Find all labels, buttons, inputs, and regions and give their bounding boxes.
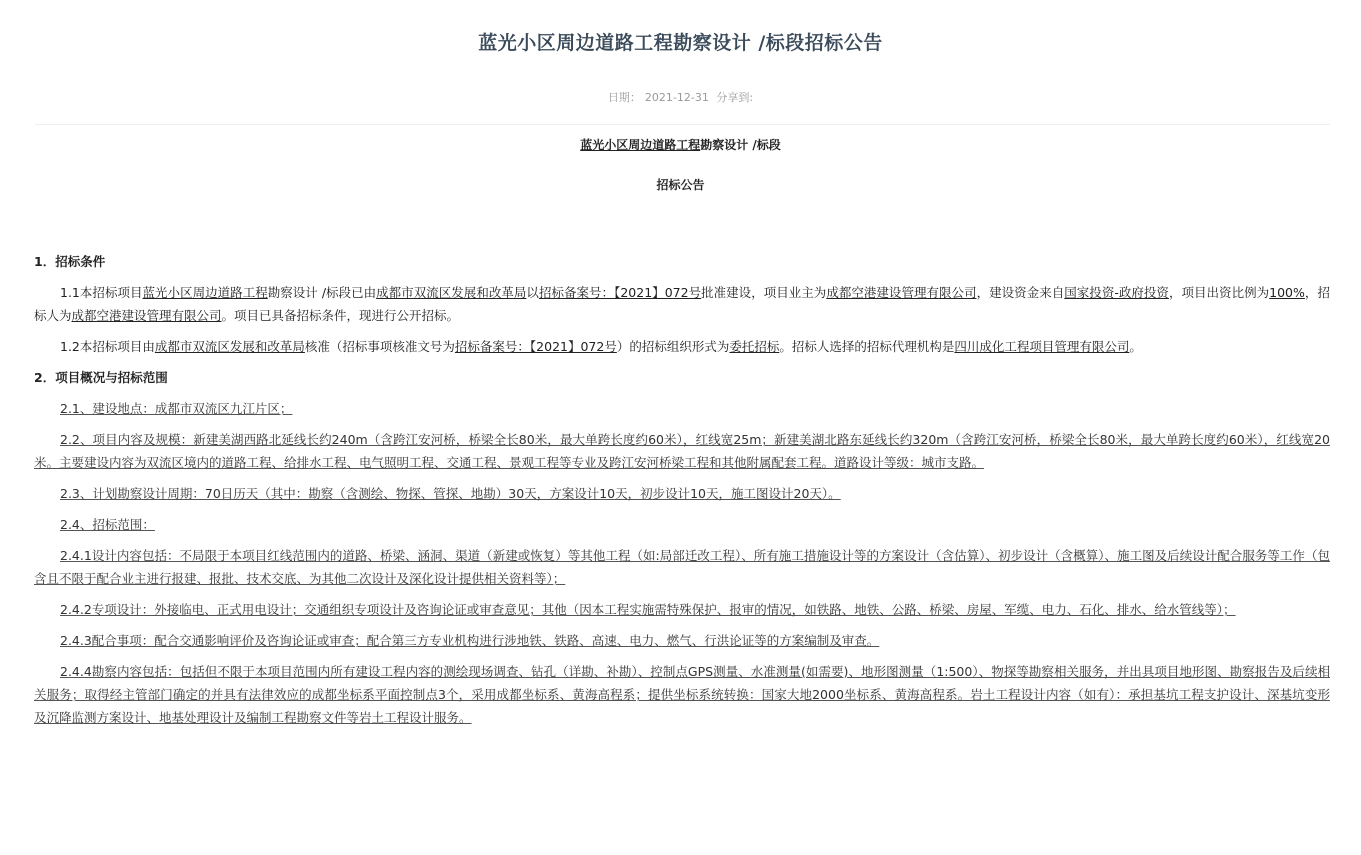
inline-text: ）的招标组织形式为	[617, 339, 730, 354]
document-heading: 招标公告	[0, 176, 1361, 193]
inline-link[interactable]: 成都市双流区发展和改革局	[376, 285, 526, 300]
inline-text: 1.1本招标项目	[60, 285, 143, 300]
paragraph-2-4-2: 2.4.2专项设计：外接临电、正式用电设计；交通组织专项设计及咨询论证或审查意见…	[34, 598, 1330, 621]
publish-date: 2021-12-31	[645, 91, 709, 104]
share-to-label: 分享到:	[716, 91, 753, 104]
section-heading-1: 1．招标条件	[34, 250, 1330, 273]
inline-text: ，建设资金来自	[977, 285, 1065, 300]
paragraph-1-2: 1.2本招标项目由成都市双流区发展和改革局核准（招标事项核准文号为招标备案号：【…	[34, 335, 1330, 358]
inline-text: 核准（招标事项核准文号为	[305, 339, 455, 354]
inline-link[interactable]: 成都市双流区发展和改革局	[155, 339, 305, 354]
paragraph-2-4-3: 2.4.3配合事项：配合交通影响评价及咨询论证或审查；配合第三方专业机构进行涉地…	[34, 629, 1330, 652]
inline-link[interactable]: 成都空港建设管理有限公司	[72, 308, 222, 323]
document-subtitle: 蓝光小区周边道路工程勘察设计 /标段	[0, 136, 1361, 153]
inline-text: 1.2本招标项目由	[60, 339, 155, 354]
inline-link[interactable]: 招标备案号：【2021】072号	[539, 285, 701, 300]
paragraph-2-1: 2.1、建设地点：成都市双流区九江片区；	[34, 397, 1330, 420]
inline-text: 。	[1129, 339, 1142, 354]
paragraph-1-1: 1.1本招标项目蓝光小区周边道路工程勘察设计 /标段已由成都市双流区发展和改革局…	[34, 281, 1330, 327]
inline-link[interactable]: 招标备案号：【2021】072号	[455, 339, 617, 354]
subtitle-rest: 勘察设计 /标段	[700, 138, 781, 152]
date-label: 日期：	[608, 91, 641, 104]
inline-link[interactable]: 四川成化工程项目管理有限公司	[954, 339, 1129, 354]
document-body: 1．招标条件 1.1本招标项目蓝光小区周边道路工程勘察设计 /标段已由成都市双流…	[34, 250, 1330, 737]
paragraph-2-4: 2.4、招标范围：	[34, 513, 1330, 536]
divider	[35, 124, 1330, 125]
inline-link[interactable]: 100%	[1269, 285, 1305, 300]
inline-link[interactable]: 蓝光小区周边道路工程	[143, 285, 268, 300]
paragraph-2-2: 2.2、项目内容及规模：新建美湖西路北延线长约240m（含跨江安河桥，桥梁全长8…	[34, 428, 1330, 474]
paragraph-2-4-1: 2.4.1设计内容包括：不局限于本项目红线范围内的道路、桥梁、涵洞、渠道（新建或…	[34, 544, 1330, 590]
article-meta: 日期：2021-12-31 分享到:	[0, 89, 1361, 105]
page-title: 蓝光小区周边道路工程勘察设计 /标段招标公告	[0, 28, 1361, 55]
inline-text: 勘察设计 /标段已由	[268, 285, 376, 300]
subtitle-link[interactable]: 蓝光小区周边道路工程	[580, 138, 700, 152]
inline-text: 。招标人选择的招标代理机构是	[779, 339, 954, 354]
inline-text: 。项目已具备招标条件，现进行公开招标。	[222, 308, 460, 323]
inline-text: ，项目出资比例为	[1169, 285, 1269, 300]
inline-link[interactable]: 成都空港建设管理有限公司	[826, 285, 976, 300]
inline-link[interactable]: 委托招标	[729, 339, 779, 354]
inline-text: 批准建设，项目业主为	[701, 285, 826, 300]
section-heading-2: 2．项目概况与招标范围	[34, 366, 1330, 389]
paragraph-2-3: 2.3、计划勘察设计周期：70日历天（其中：勘察（含测绘、物探、管探、地勘）30…	[34, 482, 1330, 505]
inline-link[interactable]: 国家投资-政府投资	[1064, 285, 1169, 300]
inline-text: 以	[526, 285, 539, 300]
paragraph-2-4-4: 2.4.4勘察内容包括：包括但不限于本项目范围内所有建设工程内容的测绘现场调查、…	[34, 660, 1330, 729]
